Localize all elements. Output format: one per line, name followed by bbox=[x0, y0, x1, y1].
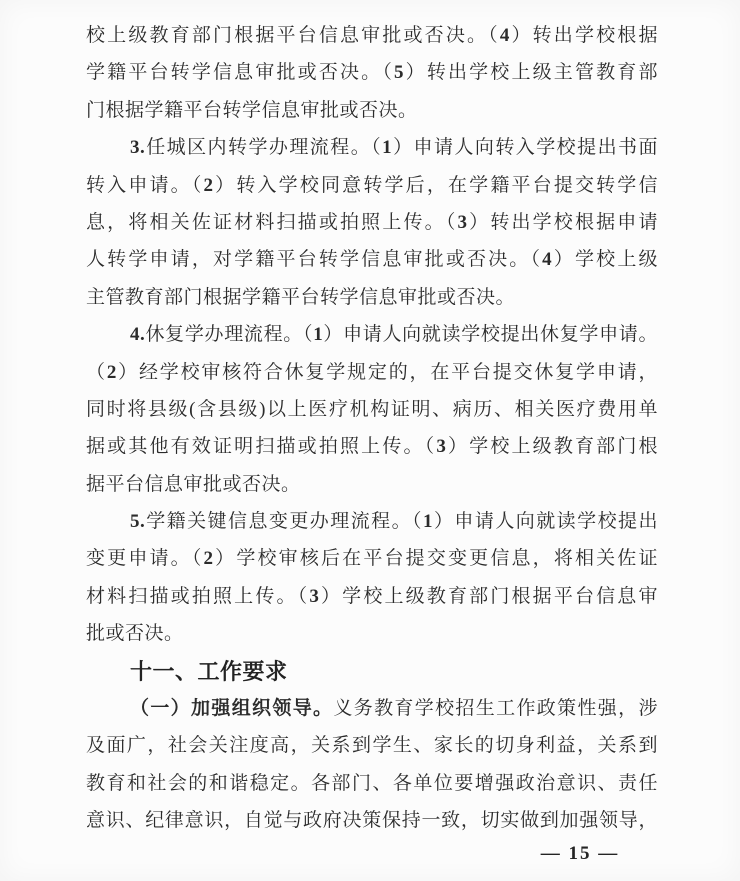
text-segment: 门根据学籍平台转学信息审批或否决。 bbox=[86, 100, 418, 121]
text-segment: 4 bbox=[542, 249, 552, 270]
text-segment: ）申请人向就读学校提出 bbox=[433, 511, 658, 532]
text-segment: 2 bbox=[204, 548, 214, 569]
text-line: 息，将相关佐证材料扫描或拍照上传。（3）转出学校根据申请 bbox=[86, 204, 658, 241]
text-segment: （一）加强组织领导。 bbox=[130, 698, 333, 719]
text-line: 人转学申请，对学籍平台转学信息审批或否决。（4）学校上级 bbox=[86, 241, 658, 278]
text-segment: 学籍关键信息变更办理流程。（ bbox=[145, 511, 423, 532]
text-segment: 同时将县级(含县级)以上医疗机构证明、病历、相关医疗费用单 bbox=[86, 399, 658, 420]
text-segment: 人转学申请，对学籍平台转学信息审批或否决。（ bbox=[86, 249, 542, 270]
text-segment: 休复学办理流程。（ bbox=[145, 324, 313, 345]
text-segment: 息，将相关佐证材料扫描或拍照上传。（ bbox=[86, 212, 457, 233]
document-page: 校上级教育部门根据平台信息审批或否决。（4）转出学校根据学籍平台转学信息审批或否… bbox=[0, 0, 740, 881]
text-segment: ）学校上级 bbox=[552, 249, 658, 270]
text-line: 批或否决。 bbox=[86, 615, 658, 652]
text-segment: ）经学校审核符合休复学规定的，在平台提交休复学申请， bbox=[117, 362, 658, 383]
text-segment: 3. bbox=[130, 137, 145, 158]
text-line: 4.休复学办理流程。（1）申请人向就读学校提出休复学申请。 bbox=[86, 316, 658, 353]
text-segment: ）转入学校同意转学后，在学籍平台提交转学信 bbox=[214, 175, 658, 196]
document-body: 校上级教育部门根据平台信息审批或否决。（4）转出学校根据学籍平台转学信息审批或否… bbox=[86, 17, 658, 840]
text-segment: 变更申请。（ bbox=[86, 548, 204, 569]
text-segment: 4. bbox=[130, 324, 145, 345]
text-segment: 1 bbox=[382, 137, 392, 158]
text-segment: 据或其他有效证明扫描或拍照上传。（ bbox=[86, 436, 436, 457]
page-number: — 15 — bbox=[500, 843, 660, 865]
text-line: 3.任城区内转学办理流程。（1）申请人向转入学校提出书面 bbox=[86, 129, 658, 166]
text-segment: 1 bbox=[423, 511, 433, 532]
text-segment: 及面广，社会关注度高，关系到学生、家长的切身利益，关系到 bbox=[86, 735, 658, 756]
text-segment: 意识、纪律意识，自觉与政府决策保持一致，切实做到加强领导， bbox=[86, 810, 658, 831]
text-line: 门根据学籍平台转学信息审批或否决。 bbox=[86, 92, 658, 129]
section-heading: 十一、工作要求 bbox=[86, 653, 658, 690]
text-segment: 任城区内转学办理流程。（ bbox=[145, 137, 382, 158]
text-segment: 批或否决。 bbox=[86, 623, 184, 644]
text-segment: ）转出学校根据申请 bbox=[467, 212, 658, 233]
text-segment: 4 bbox=[500, 25, 510, 46]
text-segment: ）转出学校根据 bbox=[510, 25, 658, 46]
text-segment: ）学校上级教育部门根 bbox=[446, 436, 658, 457]
text-segment: 1 bbox=[313, 324, 323, 345]
text-line: 材料扫描或拍照上传。（3）学校上级教育部门根据平台信息审 bbox=[86, 578, 658, 615]
text-line: 及面广，社会关注度高，关系到学生、家长的切身利益，关系到 bbox=[86, 727, 658, 764]
text-segment: 5 bbox=[394, 62, 404, 83]
text-segment: 学籍平台转学信息审批或否决。（ bbox=[86, 62, 394, 83]
text-line: 教育和社会的和谐稳定。各部门、各单位要增强政治意识、责任 bbox=[86, 765, 658, 802]
text-line: 变更申请。（2）学校审核后在平台提交变更信息，将相关佐证 bbox=[86, 540, 658, 577]
text-segment: 2 bbox=[204, 175, 214, 196]
text-line: 同时将县级(含县级)以上医疗机构证明、病历、相关医疗费用单 bbox=[86, 391, 658, 428]
text-segment: 3 bbox=[436, 436, 446, 457]
text-segment: 3 bbox=[309, 586, 319, 607]
text-segment: 2 bbox=[107, 362, 117, 383]
text-line: （2）经学校审核符合休复学规定的，在平台提交休复学申请， bbox=[86, 354, 658, 391]
text-segment: ）申请人向转入学校提出书面 bbox=[392, 137, 658, 158]
text-line: 校上级教育部门根据平台信息审批或否决。（4）转出学校根据 bbox=[86, 17, 658, 54]
text-line: 5.学籍关键信息变更办理流程。（1）申请人向就读学校提出 bbox=[86, 503, 658, 540]
text-line: 据或其他有效证明扫描或拍照上传。（3）学校上级教育部门根 bbox=[86, 428, 658, 465]
text-line: 转入申请。（2）转入学校同意转学后，在学籍平台提交转学信 bbox=[86, 167, 658, 204]
text-line: 主管教育部门根据学籍平台转学信息审批或否决。 bbox=[86, 279, 658, 316]
text-segment: ）学校审核后在平台提交变更信息，将相关佐证 bbox=[214, 548, 658, 569]
text-segment: （ bbox=[86, 362, 107, 383]
text-line: 意识、纪律意识，自觉与政府决策保持一致，切实做到加强领导， bbox=[86, 802, 658, 839]
text-segment: 材料扫描或拍照上传。（ bbox=[86, 586, 309, 607]
text-segment: 教育和社会的和谐稳定。各部门、各单位要增强政治意识、责任 bbox=[86, 773, 658, 794]
text-segment: ）转出学校上级主管教育部 bbox=[404, 62, 658, 83]
text-line: 据平台信息审批或否决。 bbox=[86, 466, 658, 503]
text-segment: ）学校上级教育部门根据平台信息审 bbox=[319, 586, 658, 607]
text-segment: ）申请人向就读学校提出休复学申请。 bbox=[323, 324, 658, 345]
text-segment: 校上级教育部门根据平台信息审批或否决。（ bbox=[86, 25, 500, 46]
text-segment: 3 bbox=[457, 212, 467, 233]
text-segment: 据平台信息审批或否决。 bbox=[86, 474, 301, 495]
text-line: 学籍平台转学信息审批或否决。（5）转出学校上级主管教育部 bbox=[86, 54, 658, 91]
text-segment: 转入申请。（ bbox=[86, 175, 204, 196]
text-line: （一）加强组织领导。义务教育学校招生工作政策性强，涉 bbox=[86, 690, 658, 727]
text-segment: 主管教育部门根据学籍平台转学信息审批或否决。 bbox=[86, 287, 515, 308]
text-segment: 5. bbox=[130, 511, 145, 532]
text-segment: 十一、工作要求 bbox=[130, 659, 288, 684]
text-segment: 义务教育学校招生工作政策性强，涉 bbox=[333, 698, 658, 719]
